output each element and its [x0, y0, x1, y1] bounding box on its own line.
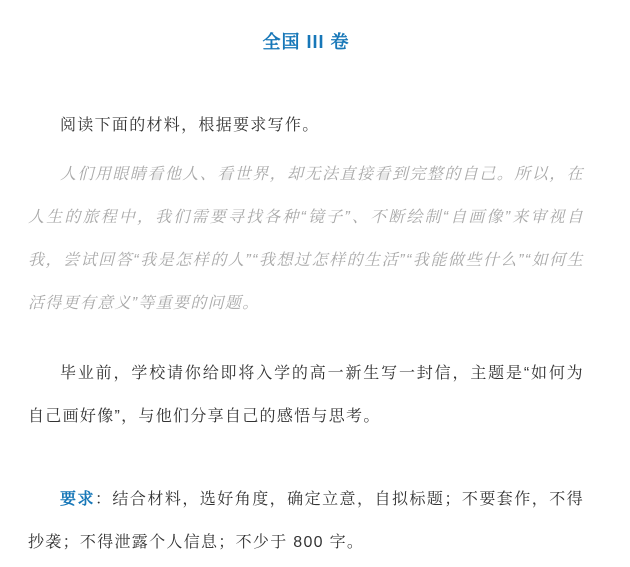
document-content: 全国 III 卷 阅读下面的材料，根据要求写作。 人们用眼睛看他人、看世界，却无… [28, 30, 584, 564]
document-page: 全国 III 卷 阅读下面的材料，根据要求写作。 人们用眼睛看他人、看世界，却无… [0, 0, 630, 567]
intro-paragraph: 阅读下面的材料，根据要求写作。 [28, 104, 584, 147]
requirements-text: ：结合材料，选好角度，确定立意，自拟标题；不要套作，不得抄袭；不得泄露个人信息；… [28, 491, 584, 551]
requirements-paragraph: 要求：结合材料，选好角度，确定立意，自拟标题；不要套作，不得抄袭；不得泄露个人信… [28, 478, 584, 564]
requirements-label: 要求 [60, 491, 95, 508]
page-title: 全国 III 卷 [28, 30, 584, 54]
task-paragraph: 毕业前，学校请你给即将入学的高一新生写一封信，主题是“如何为自己画好像”，与他们… [28, 352, 584, 438]
material-paragraph: 人们用眼睛看他人、看世界，却无法直接看到完整的自己。所以，在人生的旅程中，我们需… [28, 153, 584, 325]
